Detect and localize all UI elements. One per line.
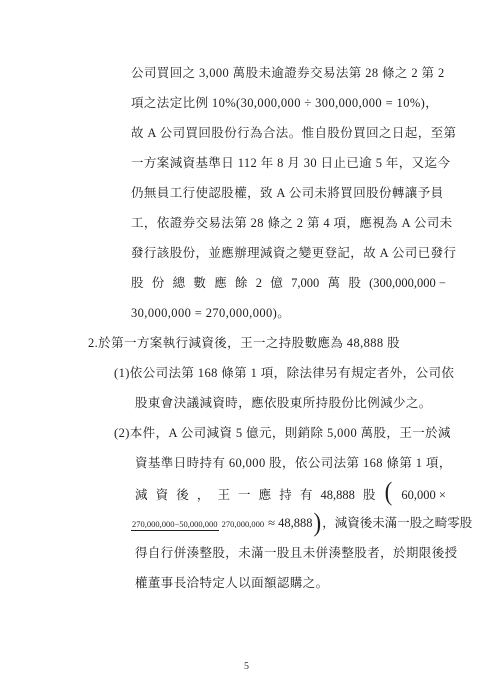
spread-segment: 減	[135, 487, 148, 503]
spread-segment: 資	[156, 487, 169, 503]
formula-tail-text: ，減資後未滿一股之畸零股	[322, 515, 472, 531]
spread-tail: (300,000,000 −	[369, 275, 446, 291]
multiplier-text: 60,000 ×	[401, 487, 446, 503]
spread-segment: 應	[259, 487, 272, 503]
paragraph1-line: 公司買回之 3,000 萬股未逾證券交易法第 28 條之 2 第 2	[131, 65, 445, 81]
paragraph1-line: 故 A 公司買回股份行為合法。惟自股份買回之日起，至第	[131, 125, 456, 141]
spread-segment: 億	[270, 275, 283, 291]
spread-segment: 有	[300, 487, 313, 503]
spread-segment: 股	[363, 487, 376, 503]
sub-item-2-line: 權董事長洽特定人以面額認購之。	[135, 575, 329, 591]
fraction: 270,000,000−50,000,000 270,000,000	[131, 515, 264, 531]
fraction-numerator: 270,000,000−50,000,000	[131, 519, 219, 531]
sub-item-2-line: 資基準日時持有 60,000 股，依公司法第 168 條第 1 項，	[135, 455, 452, 471]
item-2-heading: 2.於第一方案執行減資後，王一之持股數應為 48,888 股	[88, 335, 400, 351]
sub-item-1-line: (1)依公司法第 168 條第 1 項，除法律另有規定者外，公司依	[114, 365, 454, 381]
paragraph1-line: 一方案減資基準日 112 年 8 月 30 日止已逾 5 年，又迄今	[131, 155, 450, 171]
spread-segment: 7,000	[291, 275, 319, 291]
page-number: 5	[244, 661, 249, 672]
sub-item-1-line: 股東會決議減資時，應依股東所持股份比例減少之。	[135, 395, 432, 411]
spread-segment: 應	[214, 275, 227, 291]
holding-spread-line: 減 資 後 ， 王 一 應 持 有 48,888 股 ( 60,000 ×	[135, 485, 446, 503]
spread-segment: 2	[256, 275, 262, 291]
paragraph1-last-line: 30,000,000 = 270,000,000)。	[131, 305, 290, 321]
open-paren: (	[384, 484, 394, 500]
paragraph1-line: 發行該股份，並應辦理減資之變更登記，故 A 公司已發行	[131, 245, 456, 261]
fraction-denominator: 270,000,000	[222, 518, 265, 529]
spread-segment: ，	[197, 487, 210, 503]
document-page: 公司買回之 3,000 萬股未逾證券交易法第 28 條之 2 第 2 項之法定比…	[0, 0, 495, 700]
spread-segment: 餘	[235, 275, 248, 291]
paragraph1-line: 工，依證券交易法第 28 條之 2 第 4 項，應視為 A 公司未	[131, 215, 453, 231]
spread-segment: 48,888	[320, 487, 354, 503]
spread-segment: 股	[131, 275, 144, 291]
spread-segment: 份	[152, 275, 165, 291]
sub-item-2-line: 得自行併湊整股，未滿一股且未併湊整股者，於期限後授	[135, 545, 458, 561]
spread-segment: 一	[238, 487, 251, 503]
spread-segment: 後	[176, 487, 189, 503]
share-total-spread-line: 股 份 總 數 應 餘 2 億 7,000 萬 股 (300,000,000 −	[131, 275, 446, 291]
spread-segment: 王	[217, 487, 230, 503]
fraction-formula-line: 270,000,000−50,000,000 270,000,000 ≈ 48,…	[131, 506, 451, 540]
approx-result: ≈ 48,888	[264, 515, 312, 531]
sub-item-2-line: (2)本件，A 公司減資 5 億元，則銷除 5,000 萬股，王一於減	[114, 425, 451, 441]
spread-segment: 總	[173, 275, 186, 291]
paragraph1-line: 仍無員工行使認股權，致 A 公司未將買回股份轉讓予員	[131, 185, 444, 201]
paragraph1-line: 項之法定比例 10%(30,000,000 ÷ 300,000,000 = 10…	[131, 95, 438, 111]
spread-segment: 持	[279, 487, 292, 503]
spread-segment: 股	[348, 275, 361, 291]
spread-segment: 萬	[328, 275, 341, 291]
close-paren: )	[313, 515, 323, 531]
spread-segment: 數	[193, 275, 206, 291]
